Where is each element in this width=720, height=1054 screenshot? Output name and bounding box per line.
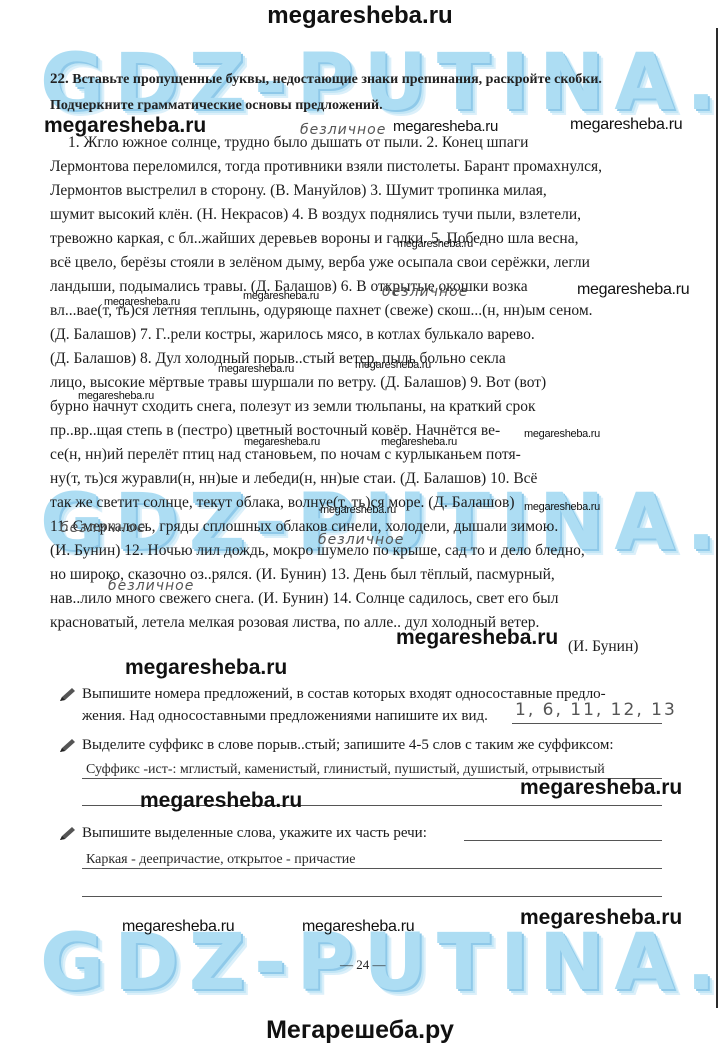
watermark-small: megaresheba.ru <box>302 918 414 936</box>
watermark-small: megaresheba.ru <box>125 656 287 680</box>
pencil-icon <box>58 826 76 842</box>
annotation-impersonal-12: безличное <box>318 532 404 548</box>
text-line: Лермонтов выстрелил в сторону. (В. Мануй… <box>50 181 662 201</box>
task-heading: 22. Вставьте пропущенные буквы, недостаю… <box>50 66 662 119</box>
watermark-small: megaresheba.ru <box>396 626 558 650</box>
text-line: ландыши, подымались травы. (Д. Балашов) … <box>50 277 662 297</box>
text-line: ну(т, ть)ся журавли(н, нн)ые и лебеди(н,… <box>50 469 662 489</box>
watermark-small: megaresheba.ru <box>243 290 319 302</box>
watermark-small: megaresheba.ru <box>140 789 302 813</box>
question-3-line-1: Выпишите выделенные слова, укажите их ча… <box>82 825 427 842</box>
text-line: шумит высокий клён. (Н. Некрасов) 4. В в… <box>50 205 662 225</box>
pencil-icon <box>58 738 76 754</box>
watermark-small: megaresheba.ru <box>520 906 682 930</box>
text-line: се(н, нн)ий перелёт птиц над становьем, … <box>50 445 662 465</box>
text-line-author: (И. Бунин) <box>568 637 668 657</box>
task-number: 22. <box>50 71 69 87</box>
text-line: тревожно каркая, с бл..жайших деревьев в… <box>50 229 662 249</box>
watermark-small: megaresheba.ru <box>570 116 682 134</box>
watermark-small: megaresheba.ru <box>320 504 396 516</box>
annotation-impersonal-6: безличное <box>382 284 468 300</box>
watermark-small: megaresheba.ru <box>520 776 682 800</box>
watermark-small: megaresheba.ru <box>524 501 600 513</box>
question-3-answer: Каркая - деепричастие, открытое - причас… <box>86 852 356 868</box>
question-1-answer: 1, 6, 11, 12, 13 <box>515 700 677 720</box>
text-line: Лермонтова переломился, тогда противники… <box>50 157 662 177</box>
annotation-impersonal-1: безличное <box>300 122 386 138</box>
watermark-small: megaresheba.ru <box>524 428 600 440</box>
text-line: (Д. Балашов) 7. Г..рели костры, жарилось… <box>50 325 662 345</box>
watermark-small: megaresheba.ru <box>218 363 294 375</box>
annotation-impersonal-13: безличное <box>108 578 194 594</box>
watermark-small: megaresheba.ru <box>393 118 498 135</box>
watermark-small: megaresheba.ru <box>44 114 206 138</box>
site-header: megaresheba.ru <box>0 2 720 30</box>
watermark-small: megaresheba.ru <box>78 390 154 402</box>
watermark-small: megaresheba.ru <box>577 281 689 299</box>
text-line: всё цвело, берёзы стояли в зелёном дыму,… <box>50 253 662 273</box>
task-instruction-1: 22. Вставьте пропущенные буквы, недостаю… <box>50 66 662 93</box>
page-number: — 24 — <box>340 957 386 973</box>
site-footer: Мегарешеба.ру <box>0 1016 720 1045</box>
watermark-small: megaresheba.ru <box>244 436 320 448</box>
watermark-small: megaresheba.ru <box>381 436 457 448</box>
question-1-line-2: жения. Над односоставными предложениями … <box>82 708 488 725</box>
pencil-icon <box>58 687 76 703</box>
instruction-text: Вставьте пропущенные буквы, недостающие … <box>72 72 602 87</box>
watermark-small: megaresheba.ru <box>104 296 180 308</box>
question-2-line-1: Выделите суффикс в слове порыв..стый; за… <box>82 737 613 754</box>
answer-rule <box>82 896 662 897</box>
question-2: Выделите суффикс в слове порыв..стый; за… <box>58 737 668 759</box>
question-3: Выпишите выделенные слова, укажите их ча… <box>58 825 668 847</box>
answer-rule <box>82 868 662 869</box>
annotation-impersonal-11: безличное <box>60 520 146 536</box>
watermark-small: megaresheba.ru <box>122 918 234 936</box>
watermark-small: megaresheba.ru <box>355 359 431 371</box>
watermark-small: megaresheba.ru <box>397 238 473 250</box>
text-line: красноватый, летела мелкая розовая листв… <box>50 613 662 633</box>
